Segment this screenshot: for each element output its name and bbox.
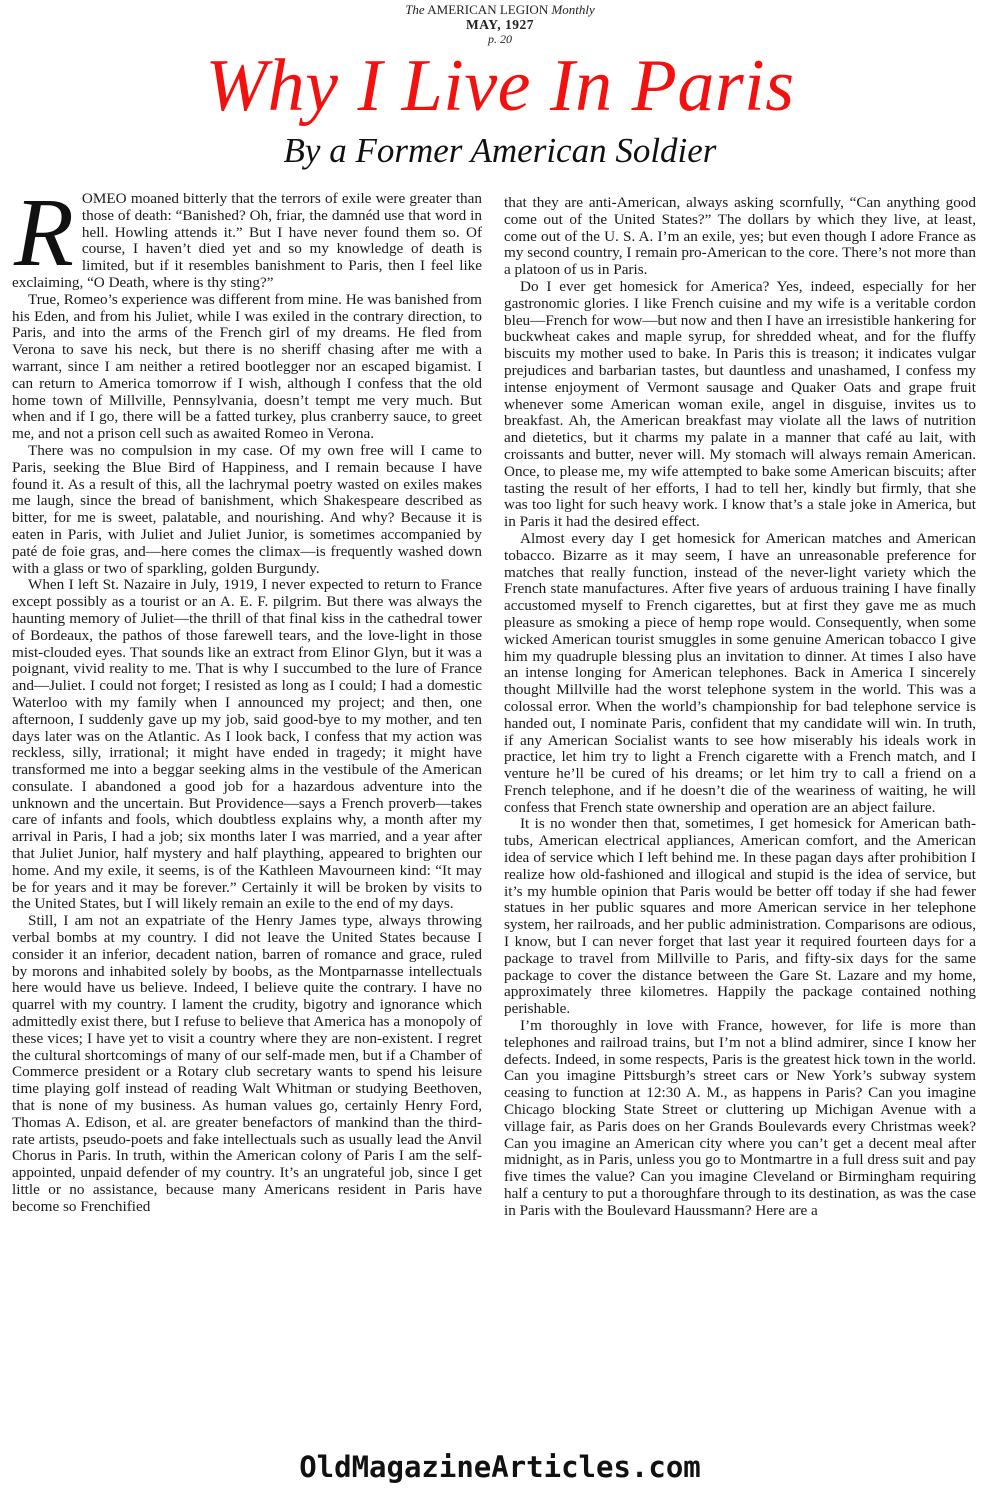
- issue-date: MAY, 1927: [0, 17, 1000, 32]
- paragraph: Almost every day I get homesick for Amer…: [504, 531, 976, 817]
- paragraph: ROMEO moaned bitterly that the terrors o…: [12, 191, 482, 292]
- article-title: Why I Live In Paris: [0, 44, 1000, 128]
- publication-suffix: Monthly: [551, 2, 594, 17]
- publication-name: AMERICAN LEGION: [427, 2, 548, 17]
- paragraph-text: OMEO moaned bitterly that the terrors of…: [12, 190, 482, 291]
- paragraph: I’m thoroughly in love with France, howe…: [504, 1018, 976, 1220]
- article-byline: By a Former American Soldier: [0, 129, 1000, 173]
- drop-cap: R: [14, 191, 82, 271]
- paragraph: Do I ever get homesick for America? Yes,…: [504, 279, 976, 531]
- publication-prefix: The: [405, 2, 425, 17]
- paragraph: True, Romeo’s experience was different f…: [12, 292, 482, 443]
- paragraph: There was no compulsion in my case. Of m…: [12, 443, 482, 577]
- masthead: The AMERICAN LEGION Monthly MAY, 1927 p.…: [0, 2, 1000, 47]
- publication-line: The AMERICAN LEGION Monthly: [0, 2, 1000, 17]
- paragraph: Still, I am not an expatriate of the Hen…: [12, 913, 482, 1215]
- right-column: that they are anti-American, always aski…: [504, 195, 976, 1220]
- paragraph: When I left St. Nazaire in July, 1919, I…: [12, 577, 482, 913]
- site-watermark: OldMagazineArticles.com: [0, 1450, 1000, 1484]
- left-column: ROMEO moaned bitterly that the terrors o…: [12, 191, 482, 1216]
- paragraph: It is no wonder then that, sometimes, I …: [504, 816, 976, 1018]
- paragraph: that they are anti-American, always aski…: [504, 195, 976, 279]
